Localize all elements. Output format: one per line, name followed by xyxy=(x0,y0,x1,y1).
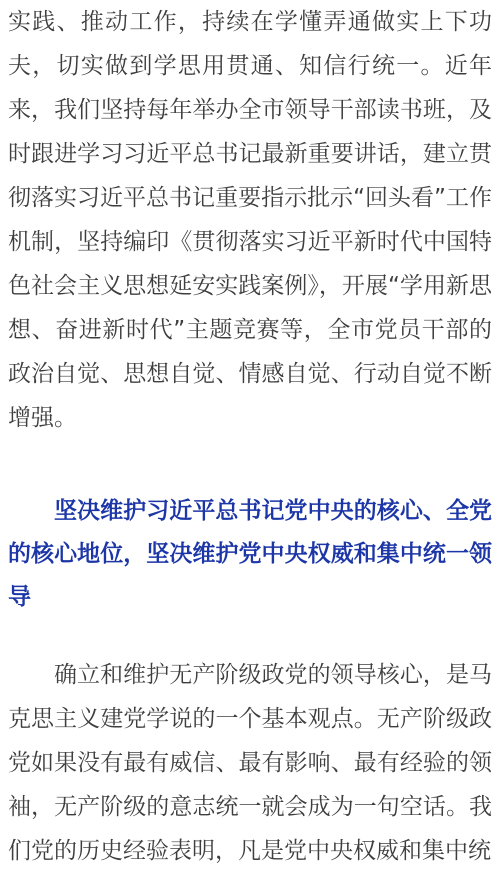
paragraph-continuation: 实践、推动工作，持续在学懂弄通做实上下功夫，切实做到学思用贯通、知信行统一。近年… xyxy=(8,0,492,440)
paragraph: 确立和维护无产阶级政党的领导核心，是马克思主义建党学说的一个基本观点。无产阶级政… xyxy=(8,653,492,873)
article-body: 实践、推动工作，持续在学懂弄通做实上下功夫，切实做到学思用贯通、知信行统一。近年… xyxy=(0,0,500,873)
section-heading: 坚决维护习近平总书记党中央的核心、全党的核心地位，坚决维护党中央权威和集中统一领… xyxy=(8,490,492,619)
